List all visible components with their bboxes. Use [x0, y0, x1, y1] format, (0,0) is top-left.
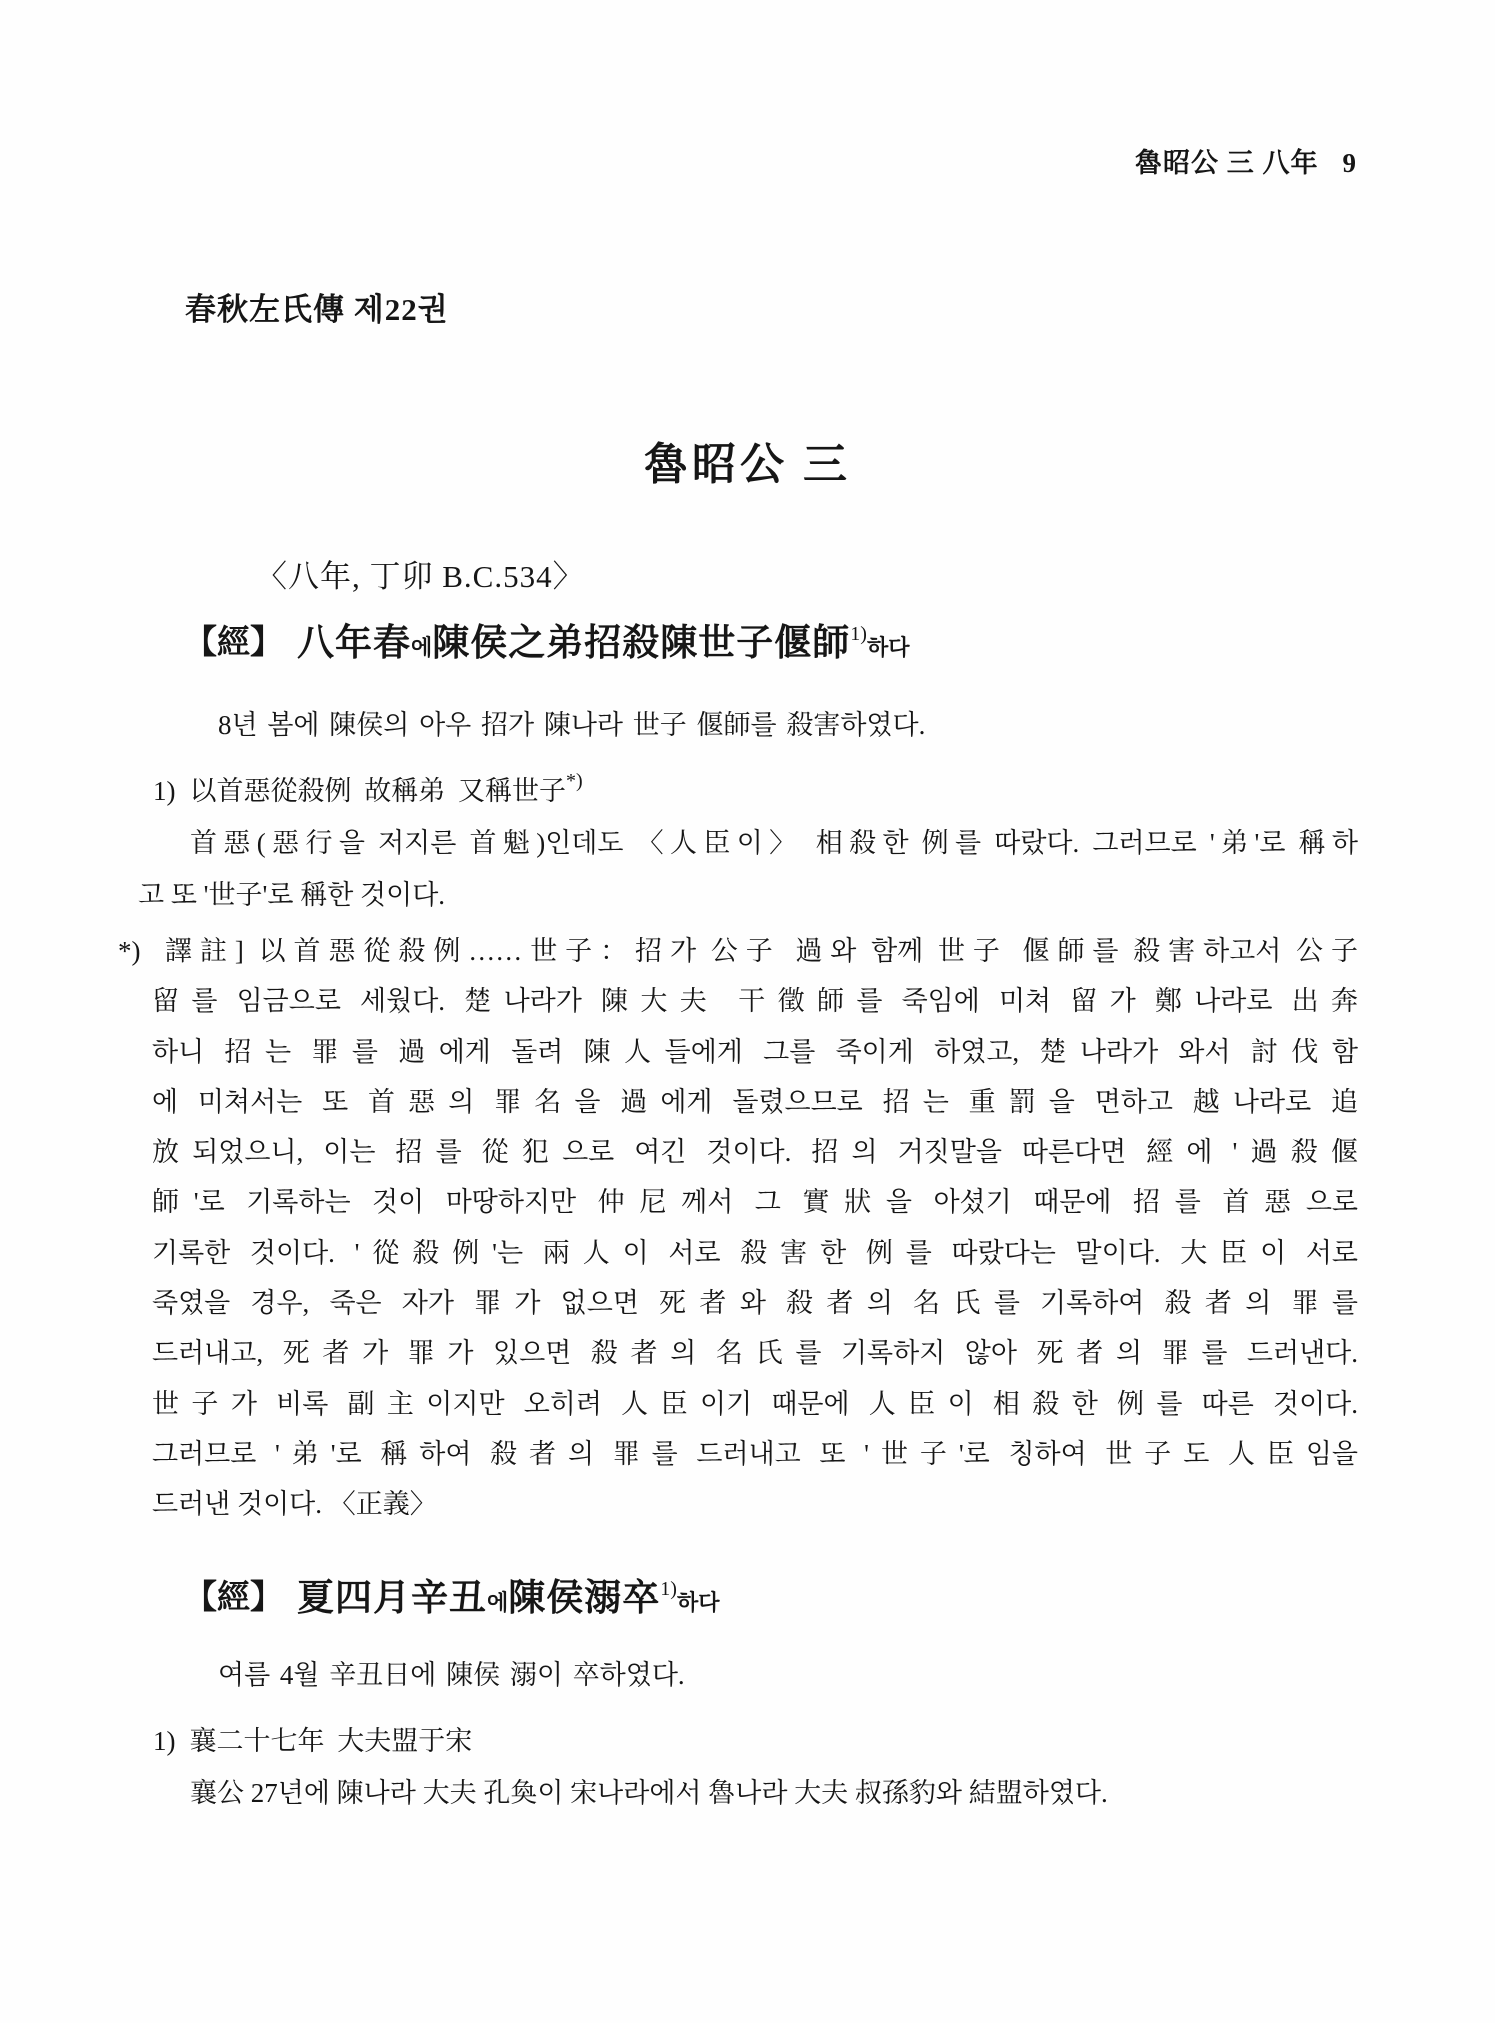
korean-particle: 하다 [677, 1590, 720, 1615]
jing-hanja-text: 陳侯之弟招殺陳世子偃師 [432, 623, 850, 664]
text-line: 하니 招는 罪를 過에게 돌려 陳人들에게 그를 죽이게 하였고, 楚나라가 와… [152, 1027, 1358, 1077]
footnote-head: 1)襄二十七年 大夫盟于宋 [153, 1715, 1358, 1767]
year-heading: 〈八年, 丁卯 B.C.534〉 [256, 551, 585, 596]
korean-particle: 하다 [867, 635, 910, 660]
text-line: 드러내고, 死者가 罪가 있으면 殺者의 名氏를 기록하지 않아 死者의 罪를 … [152, 1328, 1358, 1378]
text-line: 고 또 '世子'로 稱한 것이다. [138, 869, 1358, 921]
page-number: 9 [1343, 148, 1358, 178]
footnote-reference: 1) [850, 623, 867, 645]
footnote-2: 1)襄二十七年 大夫盟于宋 襄公 27년에 陳나라 大夫 孔奐이 宋나라에서 魯… [138, 1715, 1358, 1819]
translator-note-body: 譯註] 以首惡從殺例……世子：招가 公子 過와 함께 世子 偃師를 殺害하고서 … [152, 926, 1358, 1530]
scanned-book-page: 魯昭公 三 八年9 春秋左氏傳 제22권 魯昭公 三 〈八年, 丁卯 B.C.5… [0, 0, 1495, 2023]
asterisk-reference: *) [566, 770, 583, 792]
text-line: 譯註] 以首惡從殺例……世子：招가 公子 過와 함께 世子 偃師를 殺害하고서 … [152, 926, 1358, 976]
page-header: 魯昭公 三 八年9 [1135, 141, 1357, 180]
translation-line-2: 여름 4월 辛丑日에 陳侯 溺이 卒하였다. [218, 1653, 685, 1692]
text-line: 그러므로 '弟'로 稱하여 殺者의 罪를 드러내고 또 '世子'로 칭하여 世子… [152, 1429, 1358, 1479]
text-line: 드러낸 것이다. 〈正義〉 [152, 1479, 1358, 1529]
jing-hanja-text: 夏四月辛丑 [297, 1578, 487, 1619]
footnote-head: 1)以首惡從殺例 故稱弟 又稱世子*) [153, 765, 1358, 817]
footnote-source-text: 以首惡從殺例 故稱弟 又稱世子 [190, 776, 567, 806]
footnote-reference: 1) [660, 1578, 677, 1600]
text-line: 師'로 기록하는 것이 마땅하지만 仲尼께서 그 實狀을 아셨기 때문에 招를 … [152, 1177, 1358, 1227]
korean-particle: 에 [411, 635, 432, 660]
text-line: 世子가 비록 副主이지만 오히려 人臣이기 때문에 人臣이 相殺한 例를 따른 … [152, 1379, 1358, 1429]
text-line: 首惡(惡行을 저지른 首魁)인데도 〈人臣이〉 相殺한 例를 따랐다. 그러므로… [138, 817, 1358, 869]
footnote-body: 襄公 27년에 陳나라 大夫 孔奐이 宋나라에서 魯나라 大夫 叔孫豹와 結盟하… [138, 1767, 1358, 1819]
jing-hanja-text: 八年春 [297, 623, 411, 664]
footnote-marker: 1) [153, 1726, 176, 1756]
volume-title: 春秋左氏傳 제22권 [185, 284, 449, 329]
jing-line-1: 【經】八年春에陳侯之弟招殺陳世子偃師1)하다 [184, 622, 909, 666]
text-line: 放되었으니, 이는 招를 從犯으로 여긴 것이다. 招의 거짓말을 따른다면 經… [152, 1127, 1358, 1177]
text-line: 에 미쳐서는 또 首惡의 罪名을 過에게 돌렸으므로 招는 重罰을 면하고 越나… [152, 1077, 1358, 1127]
jing-bracket-label: 【經】 [184, 1580, 283, 1616]
text-line: 죽였을 경우, 죽은 자가 罪가 없으면 死者와 殺者의 名氏를 기록하여 殺者… [152, 1278, 1358, 1328]
chapter-title: 魯昭公 三 [0, 428, 1495, 492]
jing-bracket-label: 【經】 [184, 625, 283, 661]
translator-note: *) 譯註] 以首惡從殺例……世子：招가 公子 過와 함께 世子 偃師를 殺害하… [152, 926, 1358, 1530]
text-line: 기록한 것이다. '從殺例'는 兩人이 서로 殺害한 例를 따랐다는 말이다. … [152, 1228, 1358, 1278]
text-line: 襄公 27년에 陳나라 大夫 孔奐이 宋나라에서 魯나라 大夫 叔孫豹와 結盟하… [138, 1767, 1358, 1819]
korean-particle: 에 [487, 1590, 508, 1615]
running-title: 魯昭公 三 八年 [1135, 148, 1319, 178]
footnote-1: 1)以首惡從殺例 故稱弟 又稱世子*) 首惡(惡行을 저지른 首魁)인데도 〈人… [138, 765, 1358, 921]
jing-line-2: 【經】夏四月辛丑에陳侯溺卒1)하다 [184, 1577, 719, 1621]
footnote-marker: 1) [153, 776, 176, 806]
footnote-source-text: 襄二十七年 大夫盟于宋 [190, 1726, 473, 1756]
translator-note-marker: *) [118, 926, 141, 976]
footnote-body: 首惡(惡行을 저지른 首魁)인데도 〈人臣이〉 相殺한 例를 따랐다. 그러므로… [138, 817, 1358, 921]
jing-hanja-text: 陳侯溺卒 [508, 1578, 660, 1619]
text-line: 留를 임금으로 세웠다. 楚나라가 陳大夫 干徵師를 죽임에 미쳐 留가 鄭나라… [152, 976, 1358, 1026]
translation-line-1: 8년 봄에 陳侯의 아우 招가 陳나라 世子 偃師를 殺害하였다. [218, 703, 925, 742]
